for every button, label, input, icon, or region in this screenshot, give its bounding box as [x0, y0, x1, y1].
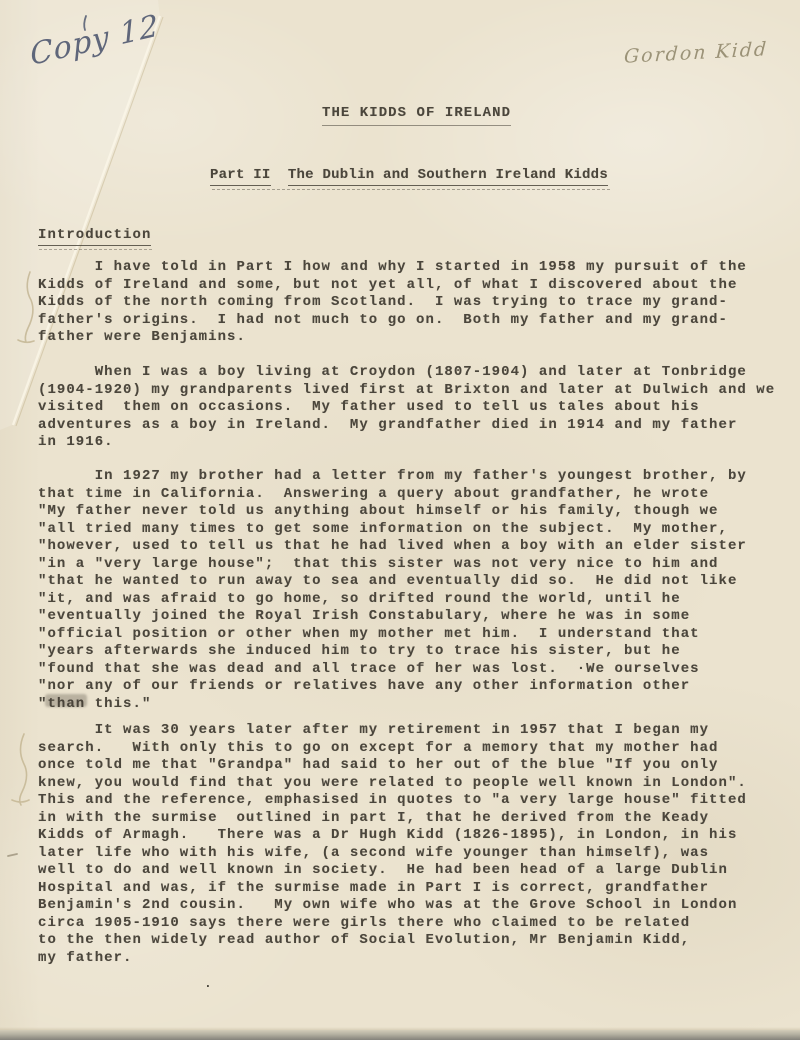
- handwritten-signature: Gordon Kidd: [624, 38, 769, 68]
- document-title: THE KIDDS OF IRELAND: [322, 105, 511, 126]
- part-heading-subtitle: The Dublin and Southern Ireland Kidds: [288, 167, 608, 186]
- margin-squiggle-lower: [12, 734, 29, 805]
- overtype-smudge: [45, 694, 87, 707]
- part-heading: Part II The Dublin and Southern Ireland …: [210, 167, 608, 185]
- section-heading-label: Introduction: [38, 227, 151, 246]
- margin-squiggle-upper: [18, 272, 34, 342]
- part-heading-label: Part II: [210, 167, 271, 186]
- bottom-scan-edge: [0, 1030, 800, 1040]
- handwritten-copy-number: Copy 12: [29, 8, 161, 73]
- part-heading-separator: [271, 167, 288, 183]
- scanned-typescript-page: Copy 12 Gordon Kidd THE KIDDS OF IRELAND…: [0, 0, 800, 1040]
- paragraph-1: I have told in Part I how and why I star…: [38, 259, 747, 347]
- margin-dash-mark: [8, 854, 17, 856]
- section-heading: Introduction: [38, 227, 151, 245]
- paragraph-3: In 1927 my brother had a letter from my …: [38, 468, 747, 713]
- paragraph-4: It was 30 years later after my retiremen…: [38, 722, 747, 967]
- paragraph-2: When I was a boy living at Croydon (1807…: [38, 364, 775, 452]
- stray-dot-mark: .: [204, 976, 212, 991]
